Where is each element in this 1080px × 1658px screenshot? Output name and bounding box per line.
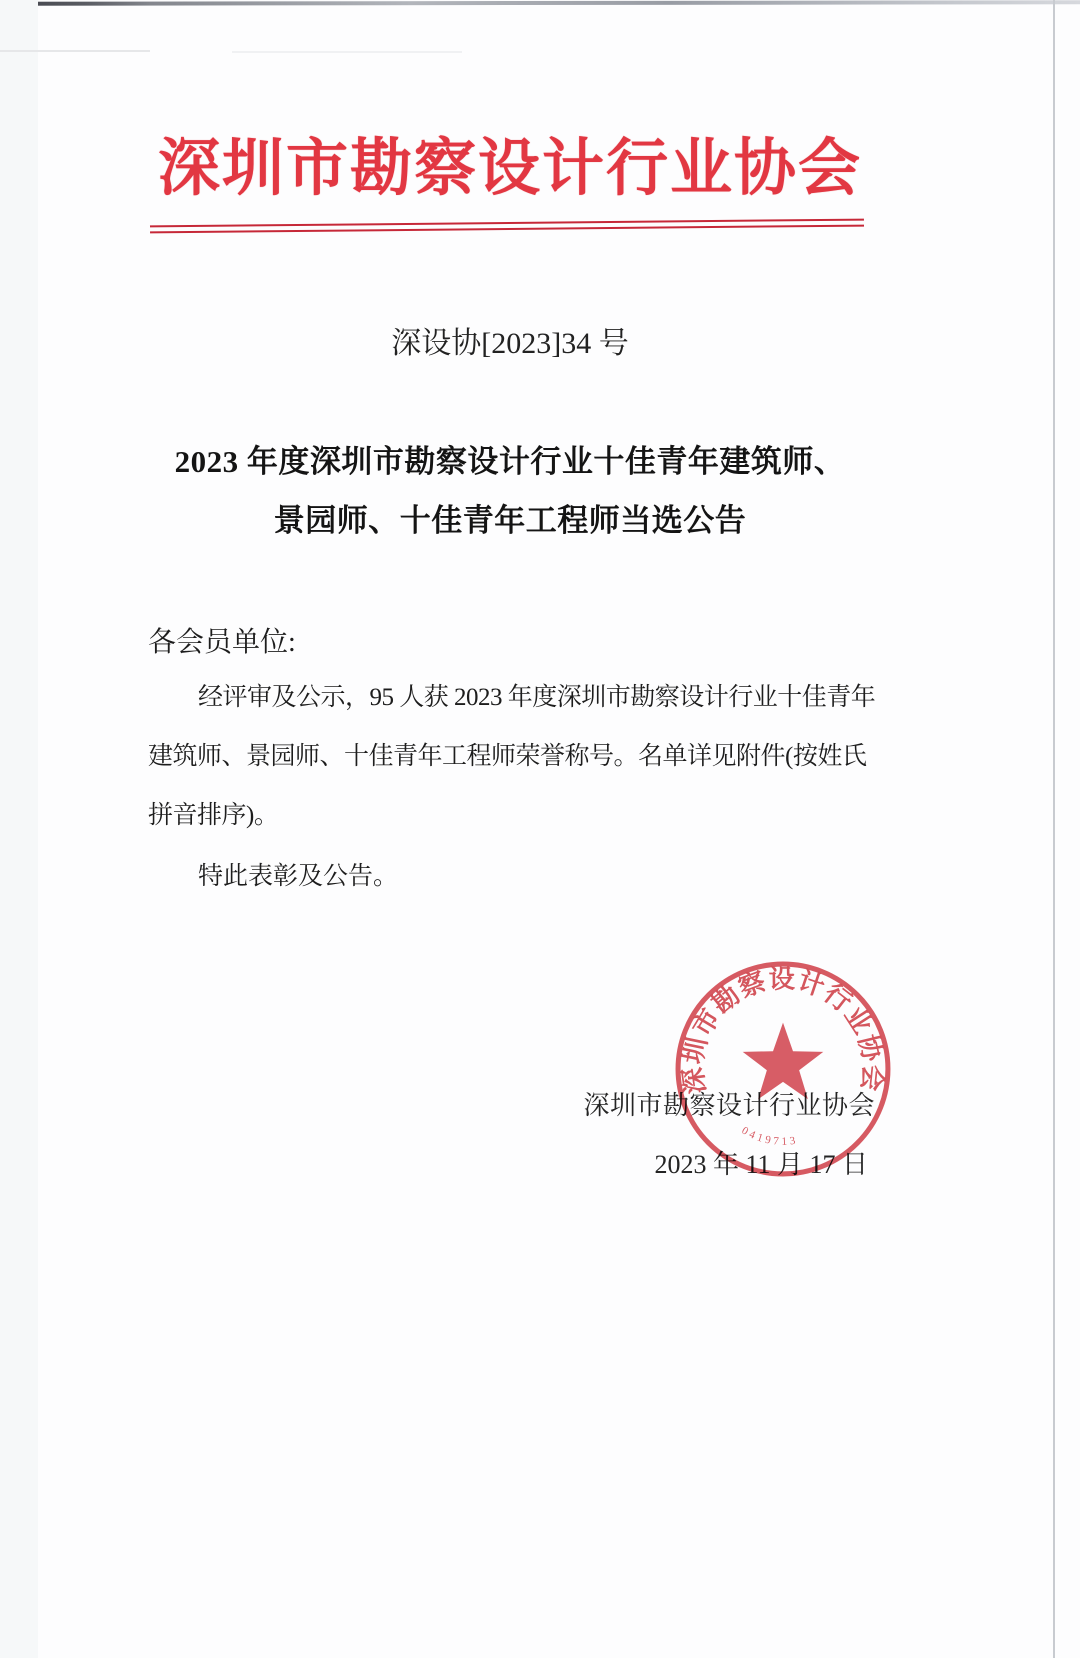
scan-edge-artifact-left (0, 0, 38, 1658)
document-title-line2: 景园师、十佳青年工程师当选公告 (274, 503, 747, 538)
salutation: 各会员单位: (148, 620, 296, 660)
seal-star-icon (743, 1023, 824, 1100)
letterhead-org-name: 深圳市勘察设计行业协会 (140, 118, 880, 207)
scan-edge-artifact-right (1053, 0, 1055, 1658)
body-paragraph-line: 建筑师、景园师、十佳青年工程师荣誉称号。名单详见附件(按姓氏 (148, 727, 908, 786)
seal-serial-number: 0419713 (740, 1125, 800, 1148)
official-red-seal: 深圳市勘察设计行业协会 0419713 (672, 958, 894, 1180)
scanned-announcement-document: 深圳市勘察设计行业协会 深设协[2023]34 号 2023 年度深圳市勘察设计… (0, 0, 1080, 1658)
letterhead-divider-rule (150, 219, 864, 234)
closing-statement: 特此表彰及公告。 (198, 856, 398, 892)
scan-edge-artifact-top (0, 0, 1080, 6)
scan-smudge (0, 50, 150, 52)
document-number: 深设协[2023]34 号 (140, 318, 880, 362)
body-paragraph: 经评审及公示，95 人获 2023 年度深圳市勘察设计行业十佳青年 建筑师、景园… (148, 668, 908, 845)
document-title: 2023 年度深圳市勘察设计行业十佳青年建筑师、 景园师、十佳青年工程师当选公告 (130, 432, 890, 550)
document-title-line1: 2023 年度深圳市勘察设计行业十佳青年建筑师、 (175, 444, 846, 479)
svg-text:0419713: 0419713 (740, 1125, 800, 1148)
body-paragraph-line: 经评审及公示，95 人获 2023 年度深圳市勘察设计行业十佳青年 (148, 668, 908, 727)
scan-smudge (232, 51, 462, 53)
body-paragraph-line: 拼音排序)。 (148, 786, 908, 845)
